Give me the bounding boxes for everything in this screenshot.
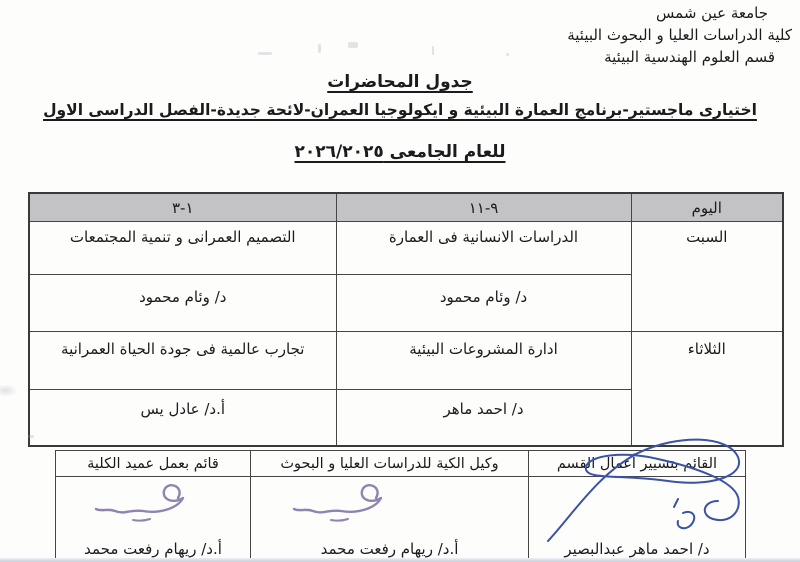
signatures-table: القائم بتسيير أعمال القسم وكيل الكية للد… — [55, 450, 746, 562]
lecture-schedule-table: اليوم ٩-١١ ١-٣ السبت الدراسات الانسانية … — [28, 192, 784, 447]
letterhead: جامعة عين شمس كلية الدراسات العليا و الب… — [380, 2, 800, 68]
subject-cell: ادارة المشروعات البيئية — [336, 332, 631, 390]
scan-smudge — [0, 384, 18, 397]
signature-name-acting-dean: أ.د/ ريهام رفعت محمد — [56, 477, 251, 562]
subject-cell: تجارب عالمية فى جودة الحياة العمرانية — [29, 332, 336, 390]
header-slot-1-3: ١-٣ — [29, 193, 336, 222]
academic-year-title: للعام الجامعى ٢٠٢٦/٢٠٢٥ — [0, 142, 800, 162]
day-cell-tuesday: الثلاثاء — [631, 332, 783, 447]
day-cell-saturday: السبت — [631, 222, 783, 332]
subject-cell: الدراسات الانسانية فى العمارة — [336, 222, 631, 275]
scanned-document-page: { "letterhead": { "university": "جامعة ع… — [0, 0, 800, 562]
header-day: اليوم — [631, 193, 783, 222]
subject-cell: التصميم العمرانى و تنمية المجتمعات — [29, 222, 336, 275]
signature-name-vice-dean: أ.د/ ريهام رفعت محمد — [251, 477, 529, 562]
signature-role-vice-dean: وكيل الكية للدراسات العليا و البحوث — [251, 451, 529, 477]
scan-speck — [318, 44, 321, 53]
scan-speck — [506, 53, 509, 56]
department-name: قسم العلوم الهندسية البيئية — [380, 46, 800, 68]
faculty-name: كلية الدراسات العليا و البحوث البيئية — [380, 24, 800, 46]
program-title: اختيارى ماجستير-برنامج العمارة البيئية و… — [0, 101, 800, 119]
table-row: السبت الدراسات الانسانية فى العمارة التص… — [29, 222, 783, 275]
scan-speck — [432, 46, 434, 55]
signature-body-row: د/ احمد ماهر عبدالبصير أ.د/ ريهام رفعت م… — [56, 477, 746, 562]
instructor-cell: أ.د/ عادل يس — [29, 390, 336, 447]
header-slot-9-11: ٩-١١ — [336, 193, 631, 222]
document-title: جدول المحاضرات — [0, 72, 800, 92]
schedule-header-row: اليوم ٩-١١ ١-٣ — [29, 193, 783, 222]
signature-name-department-head: د/ احمد ماهر عبدالبصير — [529, 477, 746, 562]
instructor-cell: د/ وئام محمود — [29, 275, 336, 332]
scan-speck — [258, 52, 272, 55]
scan-speck — [348, 42, 358, 48]
signature-role-department-head: القائم بتسيير أعمال القسم — [529, 451, 746, 477]
scan-speck — [28, 435, 34, 438]
table-row: الثلاثاء ادارة المشروعات البيئية تجارب ع… — [29, 332, 783, 390]
instructor-cell: د/ وئام محمود — [336, 275, 631, 332]
instructor-cell: د/ احمد ماهر — [336, 390, 631, 447]
university-name: جامعة عين شمس — [380, 2, 800, 24]
signature-header-row: القائم بتسيير أعمال القسم وكيل الكية للد… — [56, 451, 746, 477]
scanner-edge-shadow — [0, 558, 800, 562]
signature-role-acting-dean: قائم بعمل عميد الكلية — [56, 451, 251, 477]
